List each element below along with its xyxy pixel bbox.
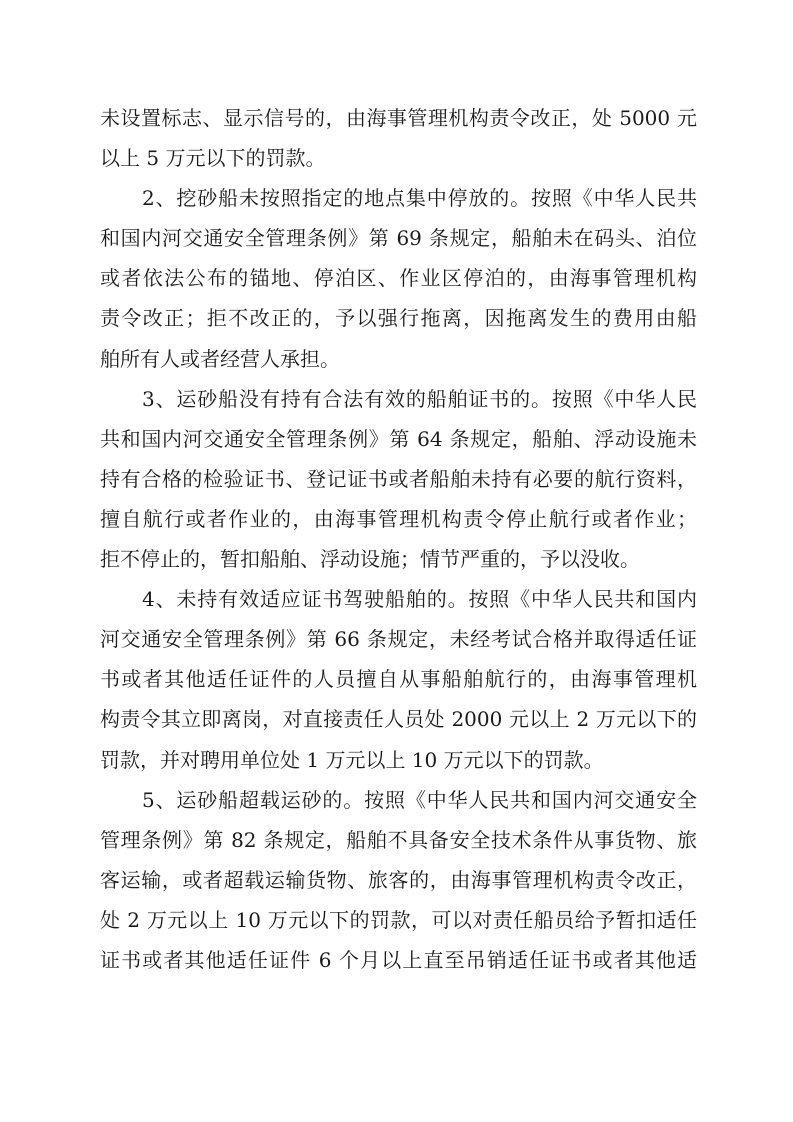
text-line: 管理条例》第 82 条规定，船舶不具备安全技术条件从事货物、旅 — [100, 820, 697, 860]
paragraph-item-2: 2、挖砂船未按照指定的地点集中停放的。按照《中华人民共 和国内河交通安全管理条例… — [100, 178, 697, 378]
text-line: 3、运砂船没有持有合法有效的船舶证书的。按照《中华人民 — [100, 379, 697, 419]
text-line: 5、运砂船超载运砂的。按照《中华人民共和国内河交通安全 — [100, 780, 697, 820]
text-line: 客运输，或者超载运输货物、旅客的，由海事管理机构责令改正， — [100, 860, 697, 900]
text-line: 4、未持有效适应证书驾驶船舶的。按照《中华人民共和国内 — [100, 579, 697, 619]
text-line: 证书或者其他适任证件 6 个月以上直至吊销适任证书或者其他适 — [100, 940, 697, 980]
text-line: 处 2 万元以上 10 万元以下的罚款，可以对责任船员给予暂扣适任 — [100, 900, 697, 940]
text-line: 2、挖砂船未按照指定的地点集中停放的。按照《中华人民共 — [100, 178, 697, 218]
text-line: 以上 5 万元以下的罚款。 — [100, 138, 697, 178]
text-line: 共和国内河交通安全管理条例》第 64 条规定，船舶、浮动设施未 — [100, 419, 697, 459]
text-line: 擅自航行或者作业的，由海事管理机构责令停止航行或者作业； — [100, 499, 697, 539]
text-line: 或者依法公布的锚地、停泊区、作业区停泊的，由海事管理机构 — [100, 258, 697, 298]
paragraph-item-4: 4、未持有效适应证书驾驶船舶的。按照《中华人民共和国内 河交通安全管理条例》第 … — [100, 579, 697, 779]
text-line: 持有合格的检验证书、登记证书或者船舶未持有必要的航行资料， — [100, 459, 697, 499]
text-line: 责令改正；拒不改正的，予以强行拖离，因拖离发生的费用由船 — [100, 298, 697, 338]
paragraph-item-3: 3、运砂船没有持有合法有效的船舶证书的。按照《中华人民 共和国内河交通安全管理条… — [100, 379, 697, 579]
text-line: 河交通安全管理条例》第 66 条规定，未经考试合格并取得适任证 — [100, 619, 697, 659]
text-line: 未设置标志、显示信号的，由海事管理机构责令改正，处 5000 元 — [100, 98, 697, 138]
text-line: 构责令其立即离岗，对直接责任人员处 2000 元以上 2 万元以下的 — [100, 699, 697, 739]
document-page: 未设置标志、显示信号的，由海事管理机构责令改正，处 5000 元 以上 5 万元… — [100, 98, 697, 980]
text-line: 拒不停止的，暂扣船舶、浮动设施；情节严重的，予以没收。 — [100, 539, 697, 579]
text-line: 书或者其他适任证件的人员擅自从事船舶航行的，由海事管理机 — [100, 659, 697, 699]
paragraph-item-5: 5、运砂船超载运砂的。按照《中华人民共和国内河交通安全 管理条例》第 82 条规… — [100, 780, 697, 980]
text-line: 和国内河交通安全管理条例》第 69 条规定，船舶未在码头、泊位 — [100, 218, 697, 258]
paragraph-continued: 未设置标志、显示信号的，由海事管理机构责令改正，处 5000 元 以上 5 万元… — [100, 98, 697, 178]
text-line: 罚款，并对聘用单位处 1 万元以上 10 万元以下的罚款。 — [100, 740, 697, 780]
text-line: 舶所有人或者经营人承担。 — [100, 339, 697, 379]
